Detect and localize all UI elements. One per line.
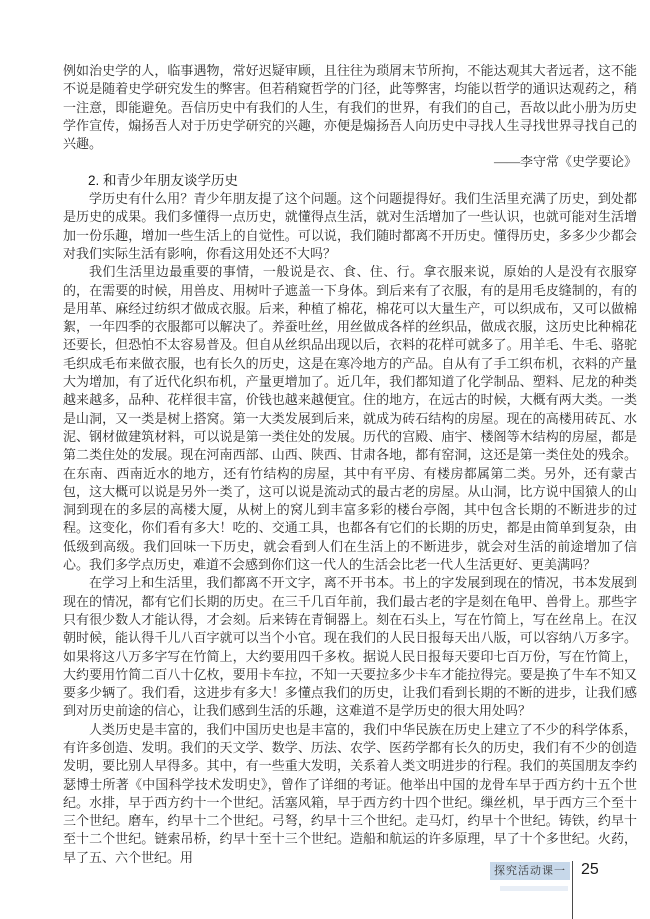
footer-vertical-rule [572, 861, 573, 919]
textbook-page: 例如治史学的人，临事遇物，常好迟疑审顾，且往往为琐屑末节所拘，不能达观其大者远者… [0, 0, 650, 919]
section-heading: 2. 和青少年朋友谈学历史 [63, 172, 637, 190]
body-paragraph: 学历史有什么用？青少年朋友提了这个问题。这个问题提得好。我们生活里充满了历史，到… [63, 190, 637, 263]
body-paragraph: 我们生活里边最重要的事情，一般说是衣、食、住、行。拿衣服来说，原始的人是没有衣服… [63, 263, 637, 574]
body-paragraph: 在学习上和生活里，我们都离不开文字，离不开书本。书上的字发展到现在的情况，书本发… [63, 574, 637, 720]
quote-continuation-paragraph: 例如治史学的人，临事遇物，常好迟疑审顾，且往往为琐屑末节所拘，不能达观其大者远者… [63, 62, 637, 153]
page-number: 25 [581, 861, 599, 879]
quote-attribution: ——李守常《史学要论》 [63, 153, 637, 171]
page-text-block: 例如治史学的人，临事遇物，常好迟疑审顾，且往往为琐屑末节所拘，不能达观其大者远者… [63, 62, 637, 867]
body-paragraph: 人类历史是丰富的，我们中国历史也是丰富的，我们中华民族在历史上建立了不少的科学体… [63, 721, 637, 867]
footer-section-badge: 探究活动课一 [490, 862, 570, 880]
footer-decorative-strip [500, 886, 568, 891]
